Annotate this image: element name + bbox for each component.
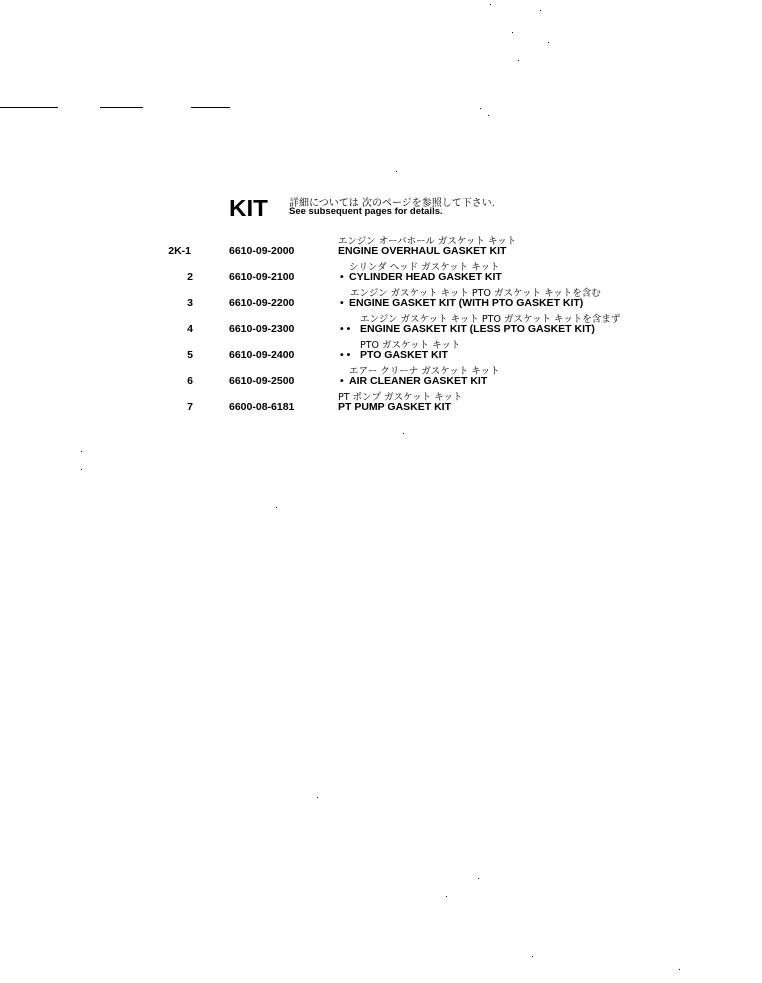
part-number: 6610-09-2500 [229, 375, 294, 387]
scan-speck [518, 60, 519, 61]
scan-speck [548, 42, 549, 43]
bullet-prefix: • • [340, 349, 350, 361]
part-ref: 6 [163, 375, 193, 387]
scan-speck [317, 797, 318, 798]
scan-speck [488, 115, 489, 116]
bullet-prefix: • [340, 375, 344, 387]
part-row: エンジン オーバホール ガスケット キット 2K-1 6610-09-2000 … [0, 233, 762, 259]
part-number: 6610-09-2200 [229, 297, 294, 309]
part-row: エンジン ガスケット キット PTO ガスケット キットを含む 3 6610-0… [0, 285, 762, 311]
scan-speck [679, 969, 680, 970]
part-ref: 2 [163, 271, 193, 283]
part-ref: 7 [163, 401, 193, 413]
scan-speck [480, 108, 481, 109]
part-name-en: PT PUMP GASKET KIT [338, 401, 451, 413]
scan-speck [81, 451, 82, 452]
part-ref: 5 [163, 349, 193, 361]
scan-speck [446, 896, 447, 897]
scan-speck [512, 32, 513, 33]
scan-speck [403, 433, 404, 434]
scan-speck [478, 878, 479, 879]
section-title: KIT [229, 195, 268, 222]
part-name-en: ENGINE GASKET KIT (WITH PTO GASKET KIT) [349, 297, 583, 309]
part-name-en: PTO GASKET KIT [360, 349, 448, 361]
header-rule-3 [191, 107, 230, 108]
part-number: 6610-09-2000 [229, 245, 294, 257]
scan-speck [396, 171, 397, 172]
part-name-en: ENGINE OVERHAUL GASKET KIT [338, 245, 506, 257]
bullet-prefix: • • [340, 323, 350, 335]
scan-speck [490, 4, 491, 5]
part-row: シリンダ ヘッド ガスケット キット 2 6610-09-2100 • CYLI… [0, 259, 762, 285]
part-row: PT ポンプ ガスケット キット 7 6600-08-6181 PT PUMP … [0, 389, 762, 415]
part-name-en: CYLINDER HEAD GASKET KIT [349, 271, 502, 283]
part-ref: 3 [163, 297, 193, 309]
part-number: 6610-09-2400 [229, 349, 294, 361]
part-ref: 2K-1 [161, 245, 191, 257]
scan-speck [532, 956, 533, 957]
header-rule-2 [100, 107, 143, 108]
header-rule-1 [0, 107, 58, 108]
scan-speck [81, 469, 82, 470]
part-number: 6600-08-6181 [229, 401, 294, 413]
part-ref: 4 [163, 323, 193, 335]
bullet-prefix: • [340, 271, 344, 283]
part-number: 6610-09-2300 [229, 323, 294, 335]
part-row: エアー クリーナ ガスケット キット 6 6610-09-2500 • AIR … [0, 363, 762, 389]
part-name-en: AIR CLEANER GASKET KIT [349, 375, 487, 387]
part-row: PTO ガスケット キット 5 6610-09-2400 • • PTO GAS… [0, 337, 762, 363]
note-english: See subsequent pages for details. [289, 206, 443, 217]
bullet-prefix: • [340, 297, 344, 309]
part-name-en: ENGINE GASKET KIT (LESS PTO GASKET KIT) [360, 323, 595, 335]
scan-speck [276, 507, 277, 508]
part-number: 6610-09-2100 [229, 271, 294, 283]
scan-speck [540, 10, 541, 11]
part-row: エンジン ガスケット キット PTO ガスケット キットを含まず 4 6610-… [0, 311, 762, 337]
